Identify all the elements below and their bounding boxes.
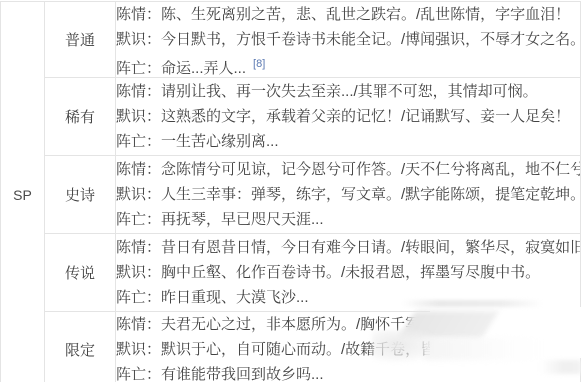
- quote-line-chenqing: 陈情：陈、生死离别之苦，悲、乱世之跌宕。/乱世陈情，字字血泪！: [116, 2, 580, 27]
- wiki-table-screenshot: SP 普通 陈情：陈、生死离别之苦，悲、乱世之跌宕。/乱世陈情，字字血泪！ 默识…: [0, 0, 581, 382]
- citation-link[interactable]: [8]: [253, 58, 265, 70]
- quote-line-zhenwang: 阵亡：命运...弄人...[8]: [116, 52, 580, 77]
- rarity-label: 史诗: [65, 187, 95, 204]
- table-row: 传说 陈情：昔日有恩昔日情，今日有难今日请。/转眼间，繁华尽，寂寞如旧。 默识：…: [1, 234, 581, 312]
- quote-line-chenqing: 陈情：昔日有恩昔日情，今日有难今日请。/转眼间，繁华尽，寂寞如旧。: [116, 235, 580, 260]
- quotes-cell: 陈情：陈、生死离别之苦，悲、乱世之跌宕。/乱世陈情，字字血泪！ 默识：今日默书，…: [116, 2, 581, 78]
- rarity-label: 稀有: [65, 109, 95, 126]
- rarity-cell: 传说: [45, 234, 116, 312]
- rarity-cell: 稀有: [45, 78, 116, 156]
- quote-line-zhenwang: 阵亡：一生苦心缘别离...: [116, 129, 580, 154]
- table-row: 稀有 陈情：请别让我、再一次失去至亲.../其罪不可恕，其情却可悯。 默识：这熟…: [1, 78, 581, 156]
- watermark-white-patch: [430, 307, 581, 358]
- rarity-cell: 普通: [45, 2, 116, 78]
- rarity-cell: 限定: [45, 312, 116, 382]
- quote-line-chenqing: 陈情：念陈情兮可见谅，记今恩兮可作答。/天不仁兮将离乱，地不仁兮使我逢此时...: [116, 157, 580, 182]
- table-row: 史诗 陈情：念陈情兮可见谅，记今恩兮可作答。/天不仁兮将离乱，地不仁兮使我逢此时…: [1, 156, 581, 234]
- quotes-cell: 陈情：念陈情兮可见谅，记今恩兮可作答。/天不仁兮将离乱，地不仁兮使我逢此时...…: [116, 156, 581, 234]
- quote-line-zhenwang: 阵亡：有谁能带我回到故乡吗...: [116, 362, 580, 382]
- quote-line-moshi: 默识：这熟悉的文字，承载着父亲的记忆！/记诵默写、妾一人足矣！: [116, 104, 580, 129]
- rarity-label: 限定: [65, 342, 95, 359]
- rarity-label: 普通: [65, 32, 95, 49]
- quote-line-moshi: 默识：人生三幸事：弹琴，练字，写文章。/默字能陈颂，提笔定乾坤。: [116, 182, 580, 207]
- quote-line-moshi: 默识：胸中丘壑、化作百卷诗书。/未报君恩，挥墨写尽腹中书。: [116, 260, 580, 285]
- quote-line-zhenwang: 阵亡：再抚琴，早已咫尺天涯...: [116, 207, 580, 232]
- quote-line-moshi: 默识：今日默书，方恨千卷诗书未能全记。/博闻强识，不辱才女之名。: [116, 27, 580, 52]
- rarity-cell: 史诗: [45, 156, 116, 234]
- quotes-cell: 陈情：昔日有恩昔日情，今日有难今日请。/转眼间，繁华尽，寂寞如旧。 默识：胸中丘…: [116, 234, 581, 312]
- table-row: SP 普通 陈情：陈、生死离别之苦，悲、乱世之跌宕。/乱世陈情，字字血泪！ 默识…: [1, 2, 581, 78]
- group-cell-sp: SP: [1, 2, 45, 382]
- quote-text: 阵亡：命运...弄人...: [116, 60, 246, 77]
- quotes-cell: 陈情：请别让我、再一次失去至亲.../其罪不可恕，其情却可悯。 默识：这熟悉的文…: [116, 78, 581, 156]
- rarity-label: 传说: [65, 265, 95, 282]
- group-label: SP: [13, 187, 32, 203]
- quote-line-chenqing: 陈情：请别让我、再一次失去至亲.../其罪不可恕，其情却可悯。: [116, 79, 580, 104]
